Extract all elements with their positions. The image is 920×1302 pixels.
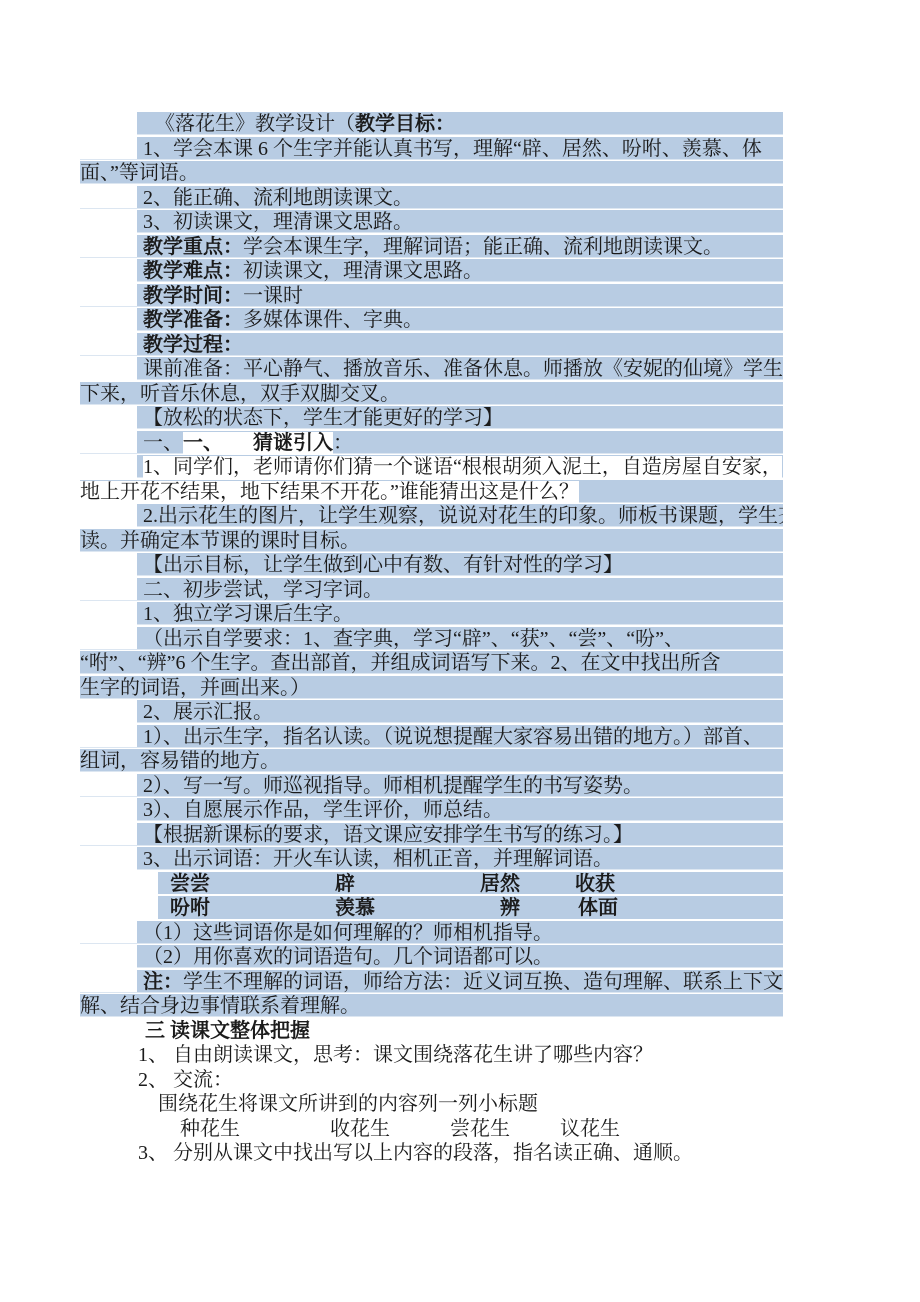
self-study-requirements-line-1: （出示自学要求：1、查字典，学习“辟”、“获”、“尝”、“吩”、 — [80, 627, 783, 652]
subtitle-instruction: 围绕花生将课文所讲到的内容列一列小标题 — [80, 1092, 783, 1117]
section-3-heading: 三 读课文整体把握 — [80, 1019, 783, 1044]
doc-title-goal-label: 教学目标： — [355, 113, 455, 135]
text-run: 组词，容易错的地方。 — [80, 750, 280, 772]
subtitle-row: 种花生 收花生 尝花生 议花生 — [80, 1117, 783, 1142]
pre-class-prep-line-1: 课前准备：平心静气、播放音乐、准备休息。师播放《安妮的仙境》学生趴 — [80, 357, 783, 382]
section-1-title: 一、 猜谜引入 — [183, 432, 333, 454]
objective-1-line-1: 1、学会本课 6 个生字并能认真书写，理解“辟、居然、吩咐、羡慕、体 — [80, 137, 783, 162]
show-peanut-picture-line-1: 2.出示花生的图片，让学生观察，说说对花生的印象。师板书课题，学生齐 — [80, 504, 783, 529]
text-run: 1、同学们，老师请你们猜一个谜语“根根胡须入泥土，自造房屋自安家， — [143, 456, 782, 478]
vocab-row-1: 尝尝 辟 居然 收获 — [80, 872, 783, 897]
highlight-band — [158, 872, 783, 895]
note-new-curriculum: 【根据新课标的要求，语文课应安排学生书写的练习。】 — [80, 823, 783, 848]
text-run: 面、”等词语。 — [80, 162, 199, 184]
report-step-1-line-2: 组词，容易错的地方。 — [80, 749, 783, 774]
text-run: 3、 分别从课文中找出写以上内容的段落，指名读正确、通顺。 — [138, 1142, 693, 1164]
show-peanut-picture-line-2: 读。并确定本节课的课时目标。 — [80, 529, 783, 554]
vocab-word: 尝尝 — [170, 872, 210, 897]
section-1-riddle-heading: 一、一、 猜谜引入： — [80, 431, 783, 456]
text-run: 初读课文，理清课文思路。 — [243, 260, 483, 282]
report-step-3: 3）、自愿展示作品，学生评价，师总结。 — [80, 798, 783, 823]
report-step-2: 2）、写一写。师巡视指导。师相机提醒学生的书写姿势。 — [80, 774, 783, 799]
text-run: 读。并确定本节课的课时目标。 — [80, 530, 360, 552]
text-run: 2.出示花生的图片，让学生观察，说说对花生的印象。师板书课题，学生齐 — [143, 505, 783, 527]
vocab-word: 辨 — [500, 896, 520, 921]
pre-class-prep-line-2: 下来，听音乐休息，双手双脚交叉。 — [80, 382, 783, 407]
teaching-preparation: 教学准备：多媒体课件、字典。 — [80, 308, 783, 333]
text-run: （2）用你喜欢的词语造句。几个词语都可以。 — [143, 946, 553, 968]
riddle-line-2: 地上开花不结果，地下结果不开花。”谁能猜出这是什么？ — [80, 480, 783, 505]
text-run: 【放松的状态下，学生才能更好的学习】 — [143, 407, 503, 429]
list-number: 一、 — [143, 432, 183, 454]
text-run: 【根据新课标的要求，语文课应安排学生书写的练习。】 — [143, 824, 633, 846]
subtitle-item: 种花生 — [180, 1117, 240, 1142]
find-paragraphs-item-3: 3、 分别从课文中找出写以上内容的段落，指名读正确、通顺。 — [80, 1141, 783, 1166]
objective-3: 3、初读课文，理清课文思路。 — [80, 210, 783, 235]
vocab-word: 吩咐 — [170, 896, 210, 921]
text-run: 生字的词语，并画出来。） — [80, 677, 310, 699]
make-sentences-q2: （2）用你喜欢的词语造句。几个词语都可以。 — [80, 945, 783, 970]
text-run: （出示自学要求：1、查字典，学习“辟”、“获”、“尝”、“吩”、 — [143, 628, 684, 650]
text-run: 2、展示汇报。 — [143, 701, 273, 723]
document-page: 《落花生》教学设计（教学目标： 1、学会本课 6 个生字并能认真书写，理解“辟、… — [80, 112, 783, 1166]
text-run: 学生不理解的词语，师给方法：近义词互换、造句理解、联系上下文理 — [183, 971, 783, 993]
section-3-title: 三 读课文整体把握 — [145, 1020, 310, 1042]
doc-title: 《落花生》教学设计（教学目标： — [80, 112, 783, 137]
text-run: 1、独立学习课后生字。 — [143, 603, 353, 625]
text-run: 学会本课生字，理解词语；能正确、流利地朗读课文。 — [243, 236, 723, 258]
text-run: 3）、自愿展示作品，学生评价，师总结。 — [143, 799, 503, 821]
text-run: 下来，听音乐休息，双手双脚交叉。 — [80, 383, 400, 405]
doc-title-prefix: 《落花生》教学设计（ — [155, 113, 355, 135]
vocab-word: 居然 — [480, 872, 520, 897]
text-run: 地上开花不结果，地下结果不开花。”谁能猜出这是什么？ — [80, 481, 579, 503]
teaching-process-heading: 教学过程： — [80, 333, 783, 358]
text-run: 2、能正确、流利地朗读课文。 — [143, 187, 413, 209]
show-words-item-3: 3、出示词语：开火车认读，相机正音，并理解词语。 — [80, 847, 783, 872]
teaching-time: 教学时间：一课时 — [80, 284, 783, 309]
report-step-1-line-1: 1）、出示生字，指名认读。（说说想提醒大家容易出错的地方。）部首、 — [80, 725, 783, 750]
note-show-goals: 【出示目标，让学生做到心中有数、有针对性的学习】 — [80, 553, 783, 578]
text-run: 一课时 — [243, 285, 303, 307]
self-study-requirements-line-3: 生字的词语，并画出来。） — [80, 676, 783, 701]
free-reading-item-1: 1、 自由朗读课文，思考：课文围绕落花生讲了哪些内容？ — [80, 1043, 783, 1068]
preparation-label: 教学准备： — [143, 309, 243, 331]
riddle-line-1: 1、同学们，老师请你们猜一个谜语“根根胡须入泥土，自造房屋自安家， — [80, 455, 783, 480]
text-run: 二、初步尝试，学习字词。 — [143, 579, 383, 601]
text-run: 2）、写一写。师巡视指导。师相机提醒学生的书写姿势。 — [143, 775, 643, 797]
text-run: 解、结合身边事情联系着理解。 — [80, 995, 360, 1017]
text-run: 1、 自由朗读课文，思考：课文围绕落花生讲了哪些内容？ — [138, 1044, 653, 1066]
objective-2: 2、能正确、流利地朗读课文。 — [80, 186, 783, 211]
subtitle-item: 尝花生 — [450, 1117, 510, 1142]
objective-1-line-2: 面、”等词语。 — [80, 161, 783, 186]
vocab-word: 羡慕 — [335, 896, 375, 921]
vocab-word: 收获 — [575, 872, 615, 897]
text-run: 多媒体课件、字典。 — [243, 309, 423, 331]
text-run: （1）这些词语你是如何理解的？师相机指导。 — [143, 922, 553, 944]
report-item-2: 2、展示汇报。 — [80, 700, 783, 725]
difficulty-label: 教学难点： — [143, 260, 243, 282]
text-run: 课前准备：平心静气、播放音乐、准备休息。师播放《安妮的仙境》学生趴 — [143, 358, 783, 380]
vocab-row-2: 吩咐 羡慕 辨 体面 — [80, 896, 783, 921]
process-label: 教学过程： — [143, 334, 243, 356]
exchange-item-2: 2、 交流： — [80, 1068, 783, 1093]
note-relaxed-state: 【放松的状态下，学生才能更好的学习】 — [80, 406, 783, 431]
text-run: 1）、出示生字，指名认读。（说说想提醒大家容易出错的地方。）部首、 — [143, 726, 763, 748]
text-run: 2、 交流： — [138, 1069, 233, 1091]
text-run: 围绕花生将课文所讲到的内容列一列小标题 — [158, 1093, 538, 1115]
note-label: 注： — [143, 971, 183, 993]
subtitle-item: 议花生 — [560, 1117, 620, 1142]
self-study-requirements-line-2: “咐”、“辨”6 个生字。查出部首，并组成词语写下来。2、在文中找出所含 — [80, 651, 783, 676]
teaching-difficulty: 教学难点：初读课文，理清课文思路。 — [80, 259, 783, 284]
colon: ： — [333, 432, 353, 454]
teacher-note-line-2: 解、结合身边事情联系着理解。 — [80, 994, 783, 1019]
vocab-word: 辟 — [335, 872, 355, 897]
text-run: 3、出示词语：开火车认读，相机正音，并理解词语。 — [143, 848, 613, 870]
teacher-note-line-1: 注：学生不理解的词语，师给方法：近义词互换、造句理解、联系上下文理 — [80, 970, 783, 995]
text-run: “咐”、“辨”6 个生字。查出部首，并组成词语写下来。2、在文中找出所含 — [80, 652, 721, 674]
teaching-focus: 教学重点：学会本课生字，理解词语；能正确、流利地朗读课文。 — [80, 235, 783, 260]
text-run: 3、初读课文，理清课文思路。 — [143, 211, 413, 233]
text-run: 1、学会本课 6 个生字并能认真书写，理解“辟、居然、吩咐、羡慕、体 — [143, 138, 762, 160]
subtitle-item: 收花生 — [330, 1117, 390, 1142]
text-run: 【出示目标，让学生做到心中有数、有针对性的学习】 — [143, 554, 623, 576]
self-study-item-1: 1、独立学习课后生字。 — [80, 602, 783, 627]
understand-words-q1: （1）这些词语你是如何理解的？师相机指导。 — [80, 921, 783, 946]
section-2-heading: 二、初步尝试，学习字词。 — [80, 578, 783, 603]
vocab-word: 体面 — [578, 896, 618, 921]
time-label: 教学时间： — [143, 285, 243, 307]
focus-label: 教学重点： — [143, 236, 243, 258]
highlight-band — [158, 896, 783, 919]
